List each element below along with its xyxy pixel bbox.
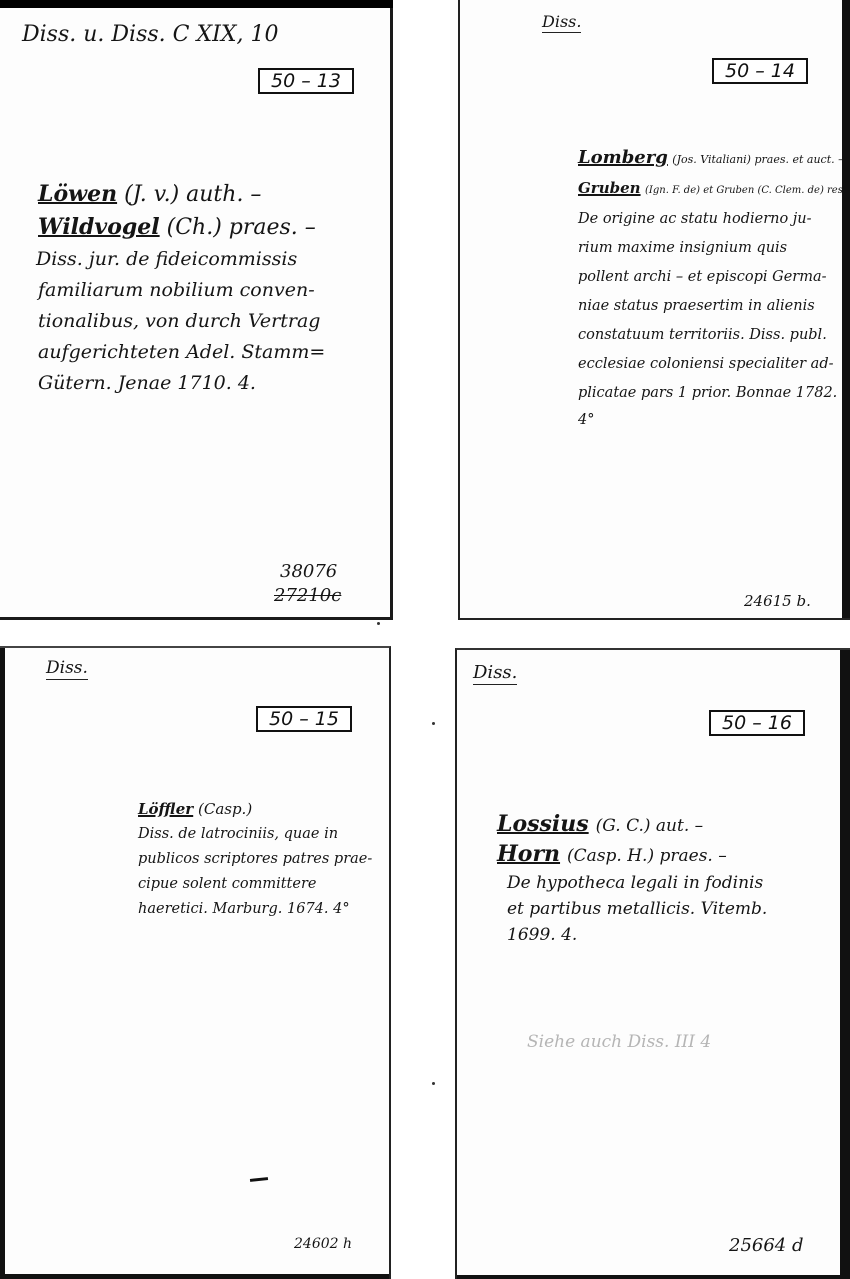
catalog-card-50-15: Diss. 50 – 15 Löffler (Casp.) Diss. de l… — [0, 646, 391, 1279]
catalog-card-50-13: Diss. u. Diss. C XIX, 10 50 – 13 Löwen (… — [0, 8, 393, 620]
title-line: publicos scriptores patres prae- — [138, 847, 372, 872]
praeses-line: Horn (Casp. H.) praes. – — [497, 840, 767, 870]
catalog-card-50-16: Diss. 50 – 16 Lossius (G. C.) aut. – Hor… — [455, 648, 850, 1279]
header-note: Diss. — [473, 662, 517, 685]
author-name: Lossius — [497, 811, 589, 837]
title-line: ecclesiae coloniensi specialiter ad- — [578, 350, 850, 379]
imprint-line: Gütern. Jenae 1710. 4. — [38, 368, 325, 399]
pencil-cross-reference: Siehe auch Diss. III 4 — [527, 1032, 711, 1052]
shelf-mark: 50 – 14 — [712, 58, 808, 84]
shelf-mark: 50 – 16 — [709, 710, 805, 736]
author-initials: (G. C.) aut. – — [596, 816, 703, 836]
title-line: De origine ac statu hodierno ju- — [578, 205, 850, 234]
accession-number: 25664 d — [729, 1235, 804, 1256]
catalog-entry: Lossius (G. C.) aut. – Horn (Casp. H.) p… — [497, 810, 767, 948]
format-line: 4° — [578, 408, 850, 432]
praeses-details: (Jos. Vitaliani) praes. et auct. – — [672, 153, 843, 166]
title-line: Diss. de latrociniis, quae in — [138, 822, 372, 847]
imprint-line: haeretici. Marburg. 1674. 4° — [138, 897, 372, 922]
dust-speck — [432, 1082, 435, 1085]
header-note: Diss. — [46, 658, 88, 680]
praeses-name: Horn — [497, 841, 560, 867]
card-edge — [457, 1275, 850, 1279]
accession-number: 38076 — [280, 561, 337, 582]
catalog-entry: Lomberg (Jos. Vitaliani) praes. et auct.… — [578, 144, 850, 432]
title-line: cipue solent committere — [138, 872, 372, 897]
title-line: aufgerichteten Adel. Stamm= — [38, 337, 325, 368]
author-line: Löffler (Casp.) — [138, 796, 372, 822]
author-initials: (Casp.) — [198, 800, 252, 818]
author-name: Löwen — [38, 181, 117, 207]
imprint-line: 1699. 4. — [507, 922, 767, 948]
catalog-entry: Löffler (Casp.) Diss. de latrociniis, qu… — [138, 796, 372, 922]
author-line: Löwen (J. v.) auth. – — [38, 178, 325, 211]
respondent-details: (Ign. F. de) et Gruben (C. Clem. de) res… — [645, 185, 850, 196]
accession-number: 24602 h — [294, 1236, 352, 1252]
catalog-entry: Löwen (J. v.) auth. – Wildvogel (Ch.) pr… — [38, 178, 325, 399]
author-name: Löffler — [138, 800, 193, 818]
author-line: Lomberg (Jos. Vitaliani) praes. et auct.… — [578, 144, 850, 174]
praeses-name: Lomberg — [578, 147, 668, 168]
title-line: Diss. jur. de fideicommissis — [36, 244, 325, 275]
ink-mark — [250, 1177, 268, 1182]
catalog-card-50-14: Diss. 50 – 14 Lomberg (Jos. Vitaliani) p… — [458, 0, 850, 620]
praeses-name: Wildvogel — [38, 214, 160, 240]
respondent-line: Gruben (Ign. F. de) et Gruben (C. Clem. … — [578, 174, 850, 205]
old-accession-number: 27210c — [274, 585, 341, 606]
header-note: Diss. u. Diss. C XIX, 10 — [22, 22, 278, 47]
accession-number: 24615 b. — [744, 592, 811, 610]
praeses-line: Wildvogel (Ch.) praes. – — [38, 211, 325, 244]
imprint-line: plicatae pars 1 prior. Bonnae 1782. — [578, 379, 850, 408]
shelf-mark: 50 – 15 — [256, 706, 352, 732]
shelf-mark: 50 – 13 — [258, 68, 354, 94]
title-line: De hypotheca legali in fodinis — [507, 870, 767, 896]
dust-speck — [432, 722, 435, 725]
header-note: Diss. — [542, 12, 581, 33]
dust-speck — [377, 622, 380, 625]
title-line: constatuum territoriis. Diss. publ. — [578, 321, 850, 350]
title-line: rium maxime insignium quis — [578, 234, 850, 263]
title-line: tionalibus, von durch Vertrag — [38, 306, 325, 337]
praeses-initials: (Casp. H.) praes. – — [567, 846, 727, 866]
praeses-initials: (Ch.) praes. – — [167, 215, 316, 240]
title-line: et partibus metallicis. Vitemb. — [507, 896, 767, 922]
author-line: Lossius (G. C.) aut. – — [497, 810, 767, 840]
author-initials: (J. v.) auth. – — [124, 182, 261, 207]
title-line: niae status praesertim in alienis — [578, 292, 850, 321]
title-line: pollent archi – et episcopi Germa- — [578, 263, 850, 292]
respondent-name: Gruben — [578, 179, 641, 197]
title-line: familiarum nobilium conven- — [38, 275, 325, 306]
